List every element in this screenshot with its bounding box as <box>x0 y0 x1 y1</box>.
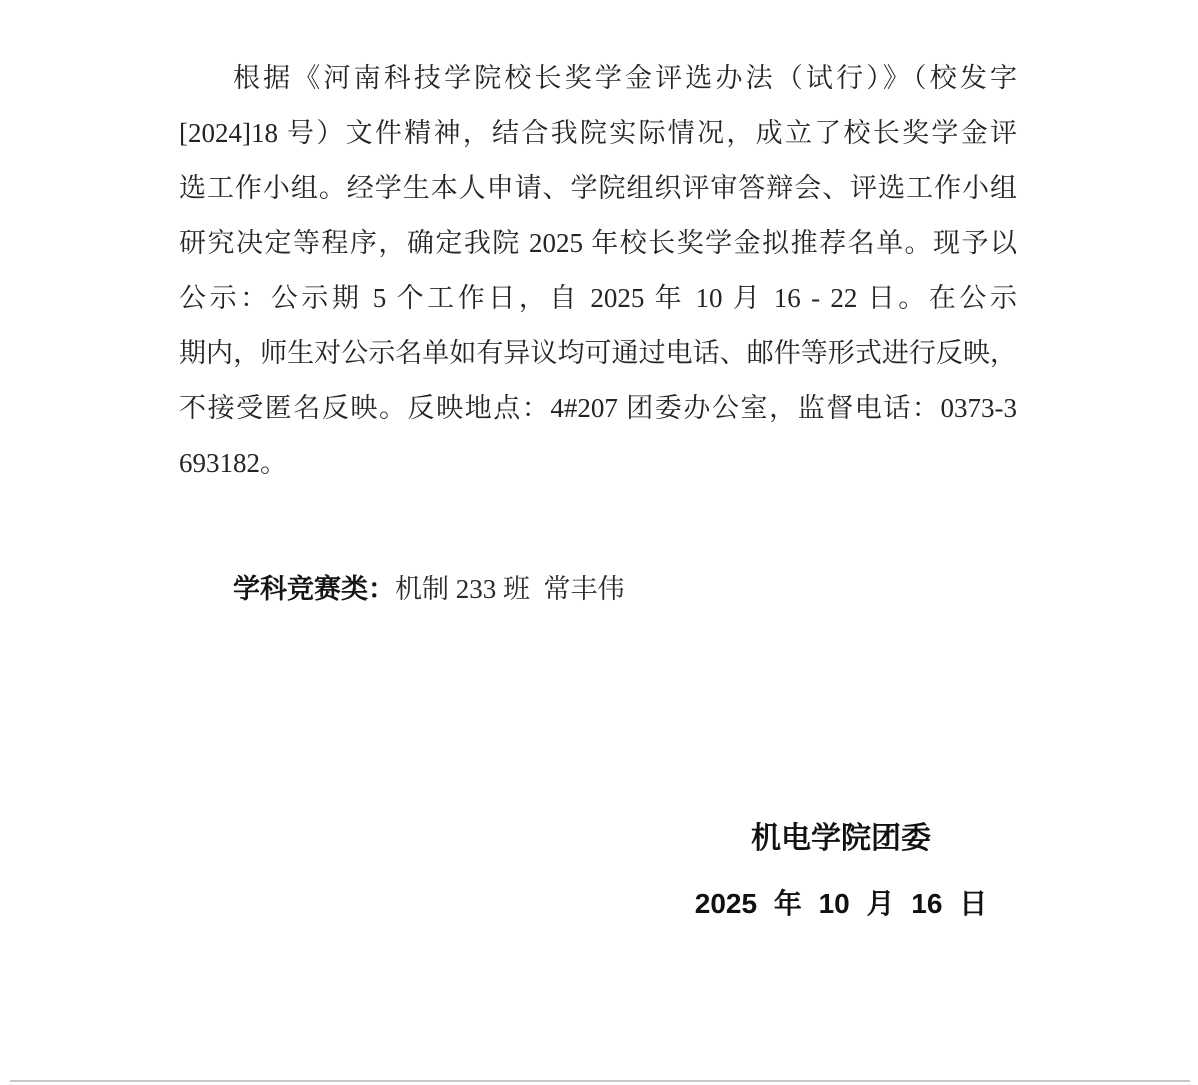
award-category-label: 学科竞赛类： <box>233 574 395 604</box>
paragraph-line: 研究决定等程序，确定我院 2025 年校长奖学金拟推荐名单。现予以 <box>179 216 1017 271</box>
document-page: 根据《河南科技学院校长奖学金评选办法（试行）》（校发字 [2024]18 号）文… <box>0 0 1198 1085</box>
paragraph-line: 不接受匿名反映。反映地点：4#207 团委办公室，监督电话：0373-3 <box>179 381 1017 436</box>
paragraph-line: 期内，师生对公示名单如有异议均可通过电话、邮件等形式进行反映， <box>179 326 1017 381</box>
paragraph-line: 公示：公示期 5 个工作日，自 2025 年 10 月 16 - 22 日。在公… <box>179 271 1017 326</box>
bottom-divider <box>10 1080 1190 1082</box>
award-category-line: 学科竞赛类：机制 233 班 常丰伟 <box>179 562 1071 617</box>
paragraph-line: 选工作小组。经学生本人申请、学院组织评审答辩会、评选工作小组 <box>179 161 1017 216</box>
paragraph-line: 693182。 <box>179 436 1017 491</box>
award-recipient-name: 机制 233 班 常丰伟 <box>395 574 625 604</box>
paragraph-line: 根据《河南科技学院校长奖学金评选办法（试行）》（校发字 <box>179 51 1017 106</box>
notice-paragraph: 根据《河南科技学院校长奖学金评选办法（试行）》（校发字 [2024]18 号）文… <box>179 51 1017 491</box>
signature-date: 2025 年 10 月 16 日 <box>616 876 1066 931</box>
signature-organization: 机电学院团委 <box>616 811 1066 866</box>
paragraph-line: [2024]18 号）文件精神，结合我院实际情况，成立了校长奖学金评 <box>179 106 1017 161</box>
